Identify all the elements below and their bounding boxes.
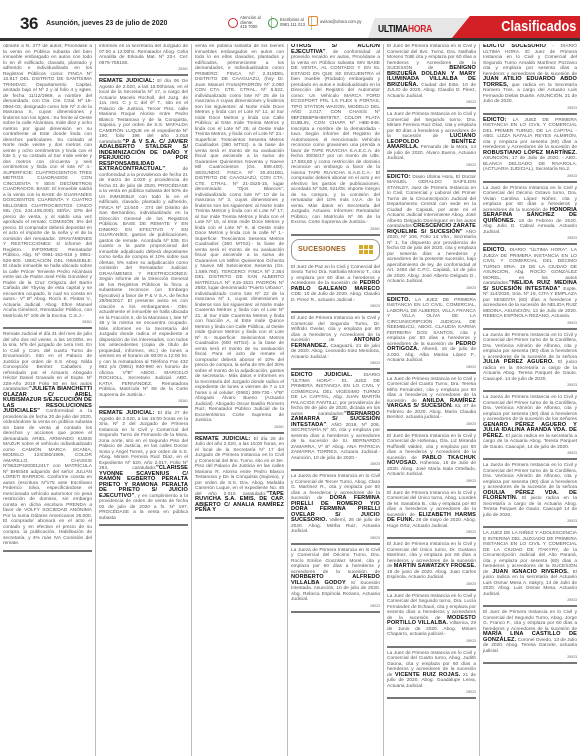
ad-heading: EDICTO SUCESORIO	[483, 44, 546, 49]
ad-body: AÑO 2020, Nº 106, Folio 14 Vlto., Secret…	[387, 230, 476, 285]
ad-body: El día 06 De Agosto de 2.020, a las 15:0…	[99, 79, 188, 145]
ad-body: informes en la secretaría del Juzgado de…	[99, 44, 188, 66]
classified-ad: La Juez de Primera Instancia en lo Civil…	[483, 186, 577, 246]
classifieds-columns: obrante a fs. 277 de autos; Procédase a …	[0, 44, 580, 756]
ad-body: venta en pública subasta de los bienes i…	[195, 44, 284, 423]
ad-body: , de conformidad al proveído recaído en …	[291, 50, 380, 226]
ad-code: 28923	[387, 639, 476, 643]
ad-code: 28923	[483, 383, 577, 387]
ad-code: 28923	[387, 286, 476, 290]
ad-body: El día 27 de Agosto de 2.020, a las 15:0…	[99, 411, 188, 471]
ad-body: ASUNCIÓN, 17 de Julio de 2020. - ABG. BL…	[483, 156, 577, 172]
ad-code: 28361	[291, 227, 380, 231]
classified-ad: Remate Judicial el día 31 del mes de jul…	[3, 332, 92, 552]
ad-code: 28923	[387, 163, 476, 167]
brand-logo: ULTIMAHORA	[378, 24, 432, 35]
ad-code: 28361	[195, 425, 284, 429]
classified-ad: EDICTO. DIARIO "ÚLTIMA HORA". LA JUEZA D…	[483, 248, 577, 330]
ad-heading: EDICTO:	[387, 174, 411, 180]
ad-code: 28361	[3, 320, 92, 324]
whatsapp-contact[interactable]: Escribinos al0981 111 013	[268, 16, 312, 30]
ad-body: , AÑO 2019, Nº 206, SECRETARÍA Nº 40, ci…	[291, 423, 380, 461]
classified-ad: La Juez de Primera Instancia en lo Civil…	[387, 112, 476, 172]
classified-ad: La Jueza de Primera Instancia en lo Civi…	[291, 548, 380, 613]
classified-ad: EDICTO JUDICIAL. DIARIO "ÚLTIMA HORA".- …	[291, 373, 380, 471]
contact-label: Atención al cliente:	[240, 15, 261, 25]
classified-ad: venta en pública subasta de los bienes i…	[195, 44, 284, 434]
ad-body: CDE. 10 de Julio de 2020. Abog. Claudio …	[291, 292, 380, 303]
ad-heading: EDICTO.	[387, 297, 410, 303]
contact-value: 415 7000	[240, 24, 257, 29]
email-icon	[308, 16, 318, 26]
ad-party-name: MARTIN SAWATZKY FROESE.	[394, 563, 476, 569]
ad-heading: REMATE JUDICIAL:	[195, 436, 251, 442]
ad-code: 28923	[387, 100, 476, 104]
classified-ad: La Jueza de Primera Instancia en lo Civi…	[291, 474, 380, 545]
classified-ad: El Juez de Primera Instancia en lo Civil…	[387, 44, 476, 109]
classified-ad: informes en la secretaría del Juzgado de…	[99, 44, 188, 76]
section-header-sucesiones: SUCESIONES	[291, 239, 380, 261]
edition-date: Asunción, jueves 23 de julio de 2020	[46, 20, 167, 27]
classified-ad: El Juez de Primera Instancia en lo Civil…	[387, 491, 476, 540]
ad-code: 28923	[483, 236, 577, 240]
ad-heading: REMATE JUDICIAL:	[99, 78, 154, 84]
ad-heading: EDICTO:	[483, 117, 507, 123]
column-2: informes en la secretaría del Juzgado de…	[96, 44, 192, 756]
ad-heading: REMATE JUDICIAL:	[99, 410, 155, 416]
classified-ad: EDICTO SUCESORIO - DIARIO ULTIMA HORA. E…	[483, 44, 577, 115]
classified-ad: El Juez de Primera Instancia en lo Civil…	[387, 542, 476, 591]
ad-body: 18 de junio de 2020. Abog. Juan Carlos E…	[387, 570, 476, 581]
ad-code: 28923	[483, 451, 577, 455]
whatsapp-icon	[268, 18, 278, 28]
classified-ad: La Jueza de Primera Instancia en lo Civi…	[483, 463, 577, 528]
ad-body: LA JUEZ DE PRIMERA INSTANCIA EN LO CIVIL…	[483, 118, 577, 151]
classified-ad: El Juez de Paz en lo Civil y Comercial d…	[291, 265, 380, 314]
classified-ad: La Juez de Primera Instancia en lo Civil…	[387, 377, 476, 431]
ad-code: 28923	[483, 174, 577, 178]
classified-ad: EDICTO. LA JUEZ DE PRIMERA INSTANCIA EN …	[387, 298, 476, 374]
classified-ad: La Jueza de Primera Instancia en lo Civi…	[483, 333, 577, 393]
column-3: venta en pública subasta de los bienes i…	[192, 44, 288, 756]
classified-ad: La Juez de Primera Instancia en lo Civil…	[387, 651, 476, 700]
classified-ad: obrante a fs. 277 de autos; Procédase a …	[3, 44, 92, 329]
ad-body: Expte. Nº 114/2020, Sria. Nº 19, CITA Y …	[483, 287, 577, 320]
ad-body: La Jueza de Primera Instancia en lo Civi…	[483, 395, 577, 422]
classified-ad: El Juez de Primera Instancia en lo Civil…	[291, 316, 380, 370]
ad-code: 28923	[291, 304, 380, 308]
ad-code: 28923	[387, 422, 476, 426]
ad-code: 28923	[291, 604, 380, 608]
ad-code: 28923	[483, 321, 577, 325]
ad-code: 28923	[291, 361, 380, 365]
ad-body: La Jueza de Primera Instancia en lo Civi…	[291, 548, 380, 575]
column-4: OTROS S/ ACCIÓN EJECUTIVA", de conformid…	[288, 44, 384, 756]
ad-body: El día 25 de Julio del año 2.020, a las …	[195, 437, 284, 497]
classified-ad: REMATE JUDICIAL: El día 27 de Agosto de …	[99, 411, 188, 526]
ad-code: 28923	[387, 530, 476, 534]
ad-code: 28923	[387, 365, 476, 369]
ad-body: LA JUEZ DE PRIMERA INSTANCIA EN LO CIVIL…	[387, 298, 476, 347]
ad-body: Conformidad a la providencia de fecha 20…	[3, 409, 92, 546]
classified-ad: El Juez de Primera Instancia en lo Civil…	[387, 434, 476, 488]
ad-body: La Jueza de Primera Instancia en lo Civi…	[483, 333, 577, 360]
column-6: EDICTO SUCESORIO - DIARIO ULTIMA HORA. E…	[480, 44, 580, 756]
contact-value: avisos@uhora.com.py	[320, 18, 362, 25]
section-label: SUCESIONES	[298, 247, 346, 253]
phone-icon	[228, 18, 238, 28]
ad-party-name: VICENTE RUIZ ROJAS.	[395, 672, 460, 678]
ad-code: 28923	[483, 598, 577, 602]
ad-code: 28923	[483, 519, 577, 523]
ad-code: 28361	[99, 399, 188, 403]
ad-body: , de conformidad a la providencia de fec…	[99, 167, 188, 398]
ad-heading: EDICTO.	[483, 247, 506, 253]
ad-body: - DIARIO ULTIMA HORA. El Juez de Primera…	[483, 44, 577, 77]
customer-service-contact[interactable]: Atención al cliente:415 7000	[228, 16, 272, 30]
classified-ad: EDICTO: Diario Última Hora, El Doctor MA…	[387, 175, 476, 295]
ad-code: 28923	[483, 106, 577, 110]
ad-party-name: JULIA PÉREZ AGUERO.	[483, 359, 554, 365]
contact-value: 0981 111 013	[280, 22, 305, 27]
ad-code: 28923	[291, 536, 380, 540]
email-contact[interactable]: avisos@uhora.com.py	[308, 16, 362, 26]
classified-ad: LA JUEZ DE LA NIÑEZ Y ADOLESCENCIA E INT…	[483, 531, 577, 607]
ad-code: 28923	[291, 462, 380, 466]
classified-ad: El Juez de Primera Instancia en lo Civil…	[483, 610, 577, 664]
header-rule	[0, 38, 580, 41]
section-banner: Clasificados	[452, 16, 580, 38]
classified-ad: La Juez de Primera Instancia en lo Civil…	[387, 594, 476, 648]
page-header: 36 Asunción, jueves 23 de julio de 2020 …	[0, 0, 580, 38]
ad-party-name: JUAN IGNACIO RIVEROS.	[492, 569, 568, 575]
ad-code: 28923	[483, 655, 577, 659]
column-1: obrante a fs. 277 de autos; Procédase a …	[0, 44, 96, 756]
classified-ad: La Jueza de Primera Instancia en lo Civi…	[483, 395, 577, 460]
ad-party-name: ROBUSTIANO LÓPEZ MARTÍNEZ.	[483, 150, 577, 156]
ad-body: El Juez de Primera Instancia en lo Civil…	[483, 610, 577, 632]
ad-heading: EDICTO JUDICIAL.	[291, 372, 352, 378]
classified-ad: REMATE JUDICIAL: El día 06 De Agosto de …	[99, 79, 188, 408]
ad-code: 28923	[387, 690, 476, 694]
family-tree-icon	[359, 245, 373, 254]
ad-code: 28923	[387, 582, 476, 586]
column-5: El Juez de Primera Instancia en lo Civil…	[384, 44, 480, 756]
ad-code: 28361	[99, 67, 188, 71]
ad-body: obrante a fs. 277 de autos; Procédase a …	[3, 44, 92, 319]
ad-body: La Jueza de Primera Instancia en lo Civi…	[483, 463, 577, 490]
classified-ad: REMATE JUDICIAL: El día 25 de Julio del …	[195, 437, 284, 519]
ad-code: 28923	[387, 479, 476, 483]
section-title: Clasificados	[501, 18, 576, 35]
ad-body: Diario Última Hora, El Doctor MANUEL GER…	[387, 175, 476, 230]
page-number: 36	[20, 14, 38, 34]
classified-ad: OTROS S/ ACCIÓN EJECUTIVA", de conformid…	[291, 44, 380, 236]
ad-body: Remate Judicial el día 31 del mes de jul…	[3, 332, 92, 392]
classified-ad: EDICTO: LA JUEZ DE PRIMERA INSTANCIA EN …	[483, 118, 577, 183]
